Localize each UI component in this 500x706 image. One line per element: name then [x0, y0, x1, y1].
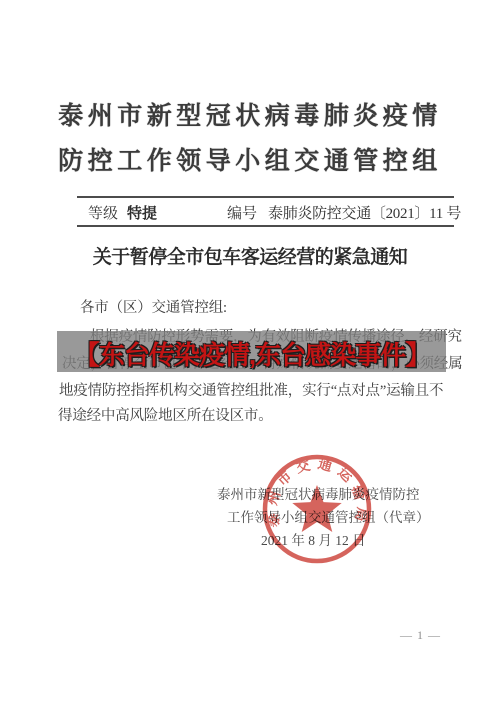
scanned-document-page: 泰州市新型冠状病毒肺炎疫情 防控工作领导小组交通管控组 等级 特提 编号 泰肺炎… [0, 0, 500, 706]
document-title: 关于暂停全市包车客运经营的紧急通知 [0, 242, 500, 269]
level-value: 特提 [127, 202, 157, 223]
horizontal-rule-top [77, 196, 454, 198]
salutation: 各市（区）交通管控组: [80, 296, 227, 317]
seal-star [292, 485, 341, 532]
doc-number-value: 泰肺炎防控交通〔2021〕11 号 [268, 202, 461, 223]
paragraph-line-4: 得途经中高风险地区所在设区市。 [58, 404, 273, 425]
letterhead-org-line2: 防控工作领导小组交通管控组 [0, 141, 500, 177]
letterhead-org-line1: 泰州市新型冠状病毒肺炎疫情 [0, 96, 500, 132]
paragraph-line-3: 地疫情防控指挥机构交通管控组批准，实行“点对点”运输且不 [59, 379, 443, 400]
page-number: — 1 — [400, 628, 441, 643]
doc-number-label: 编号 [227, 202, 257, 223]
level-label: 等级 [88, 202, 118, 223]
horizontal-rule-bottom [77, 225, 454, 227]
official-seal: 泰州市交通运输局 [258, 450, 376, 568]
watermark-text: 【东台传染疫情,东台感染事件】 [50, 335, 454, 372]
